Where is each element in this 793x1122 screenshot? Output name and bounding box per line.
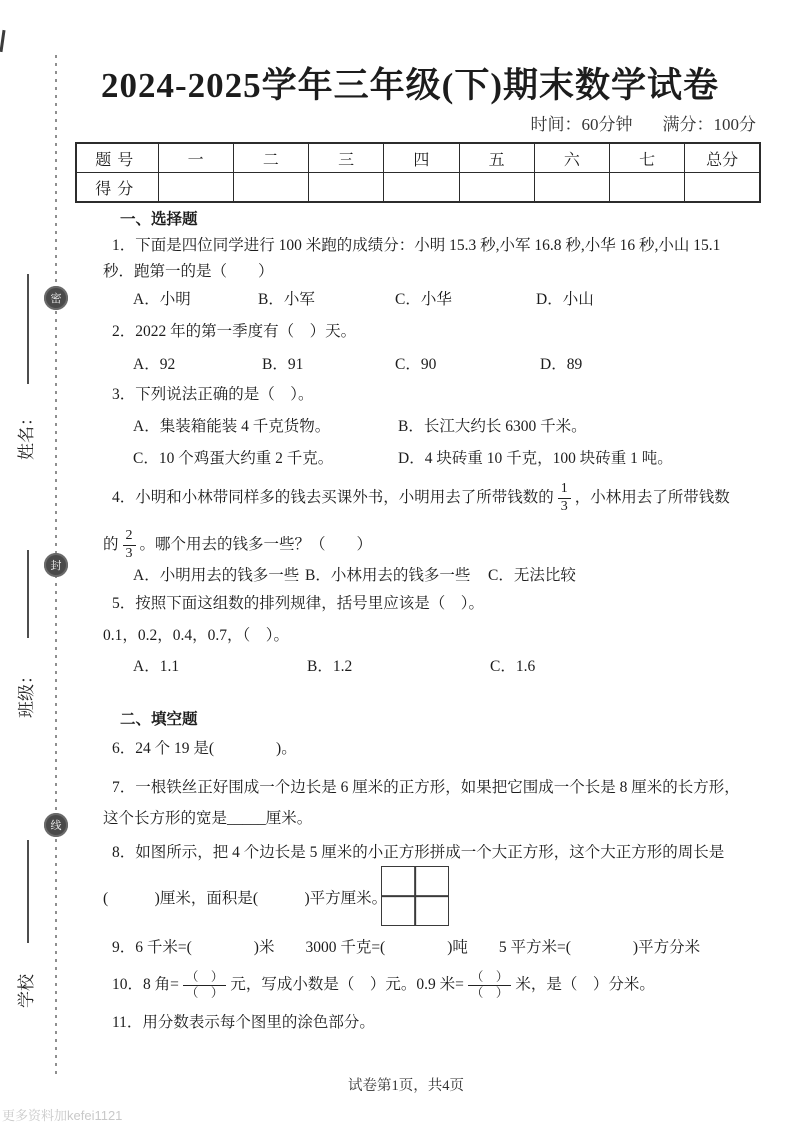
q8-square-grid-figure — [381, 866, 449, 926]
q5-text-line1: 5．按照下面这组数的排列规律，括号里应该是（ ）。 — [112, 594, 484, 614]
q9-text: 9．6 千米=( )米 3000 千克=( )吨 5 平方米=( )平方分米 — [112, 938, 700, 958]
score-cell — [309, 173, 384, 203]
q7-text-line2: 这个长方形的宽是_____厘米。 — [103, 809, 312, 829]
score-cell — [459, 173, 534, 203]
q5-text-line2: 0.1，0.2，0.4，0.7，（ ）。 — [103, 626, 289, 646]
q5-option-b: B．1.2 — [307, 657, 352, 677]
school-label: 学校 — [12, 974, 37, 1008]
seal-stamp-feng: 封 — [44, 553, 68, 577]
q4-text-line2: 的23。哪个用去的钱多一些？（ ） — [103, 520, 372, 570]
q3-option-c: C．10 个鸡蛋大约重 2 千克。 — [133, 449, 333, 469]
q3-option-b: B．长江大约长 6300 千米。 — [398, 417, 587, 437]
score-table-col: 六 — [534, 143, 609, 173]
q1-option-d: D．小山 — [536, 290, 594, 310]
q1-option-a: A．小明 — [133, 290, 191, 310]
q8-text-line1: 8．如图所示，把 4 个边长是 5 厘米的小正方形拼成一个大正方形，这个大正方形… — [112, 843, 724, 863]
page-title: 2024-2025学年三年级(下)期末数学试卷 — [60, 58, 760, 108]
score-table-header-row: 题号 一 二 三 四 五 六 七 总分 — [76, 143, 760, 173]
q5-option-a: A．1.1 — [133, 657, 179, 677]
q4-line1-text: 4．小明和小林带同样多的钱去买课外书，小明用去了所带钱数的 — [112, 488, 554, 508]
score-table: 题号 一 二 三 四 五 六 七 总分 得分 — [75, 142, 761, 203]
q1-text-line1: 1．下面是四位同学进行 100 米跑的成绩分：小明 15.3 秒,小军 16.8… — [112, 236, 720, 256]
q2-option-c: C．90 — [395, 355, 436, 375]
watermark-text: 更多资料加kefei1121 — [2, 1105, 122, 1122]
exam-meta: 时间：60分钟满分：100分 — [60, 110, 756, 135]
q4-option-c: C．无法比较 — [488, 566, 576, 586]
q4-option-b: B．小林用去的钱多一些 — [305, 566, 470, 586]
q4-line2-tail: 。哪个用去的钱多一些？（ ） — [140, 535, 373, 555]
score-table-col: 总分 — [685, 143, 760, 173]
q5-option-c: C．1.6 — [490, 657, 535, 677]
seal-stamp-xian: 线 — [44, 813, 68, 837]
seal-stamp-mi: 密 — [44, 286, 68, 310]
q10-fraction-blank-2: （ ）（ ） — [468, 970, 512, 1001]
class-label: 班级： — [12, 667, 37, 718]
score-table-col: 四 — [384, 143, 459, 173]
q10-part1: 10．8 角= — [112, 975, 179, 995]
q8-text-line2: ( )厘米，面积是( )平方厘米。 — [103, 889, 387, 909]
q1-option-b: B．小军 — [258, 290, 315, 310]
q2-option-d: D．89 — [540, 355, 582, 375]
page-number-footer: 试卷第1页，共4页 — [56, 1074, 756, 1095]
q2-option-a: A．92 — [133, 355, 175, 375]
q2-text: 2．2022 年的第一季度有（ ）天。 — [112, 322, 356, 342]
q6-text: 6．24 个 19 是( )。 — [112, 739, 297, 759]
time-limit: 时间：60分钟 — [531, 115, 633, 134]
q11-text: 11．用分数表示每个图里的涂色部分。 — [112, 1013, 375, 1033]
q3-option-d: D．4 块砖重 10 千克，100 块砖重 1 吨。 — [398, 449, 673, 469]
q3-option-a: A．集装箱能装 4 千克货物。 — [133, 417, 330, 437]
scan-artifact — [0, 30, 6, 52]
score-table-col: 一 — [158, 143, 233, 173]
q10-part2: 元，写成小数是（ ）元。0.9 米= — [230, 975, 464, 995]
q1-option-c: C．小华 — [395, 290, 452, 310]
section-two-heading: 二、填空题 — [120, 710, 198, 730]
score-table-score-row: 得分 — [76, 173, 760, 203]
score-cell — [233, 173, 308, 203]
class-write-line — [27, 550, 29, 638]
score-cell — [534, 173, 609, 203]
score-cell — [610, 173, 685, 203]
school-write-line — [27, 840, 29, 943]
score-table-col: 三 — [309, 143, 384, 173]
name-write-line — [27, 274, 29, 384]
q4-option-a: A．小明用去的钱多一些 — [133, 566, 299, 586]
q4-line1-tail: ，小林用去了所带钱数 — [575, 488, 730, 508]
score-row-label: 得分 — [76, 173, 158, 203]
q4-line2-pre: 的 — [103, 535, 119, 555]
section-one-heading: 一、选择题 — [120, 210, 198, 230]
q1-text-line2: 秒．跑第一的是（ ） — [103, 262, 274, 282]
q3-text: 3．下列说法正确的是（ ）。 — [112, 385, 314, 405]
score-cell — [384, 173, 459, 203]
score-table-corner: 题号 — [76, 143, 158, 173]
name-label: 姓名： — [12, 409, 37, 460]
q4-fraction-two-thirds: 23 — [123, 528, 136, 563]
q4-fraction-one-third: 13 — [558, 481, 571, 516]
grid-horizontal-divider — [382, 895, 448, 897]
score-cell — [685, 173, 760, 203]
q4-text-line1: 4．小明和小林带同样多的钱去买课外书，小明用去了所带钱数的13，小林用去了所带钱… — [112, 474, 730, 522]
q2-option-b: B．91 — [262, 355, 303, 375]
score-table-col: 七 — [610, 143, 685, 173]
score-cell — [158, 173, 233, 203]
exam-paper-page: 密 封 线 姓名： 班级： 学校 2024-2025学年三年级(下)期末数学试卷… — [0, 0, 793, 1122]
full-score: 满分：100分 — [663, 115, 757, 134]
q10-text: 10．8 角=（ ）（ ）元，写成小数是（ ）元。0.9 米=（ ）（ ）米，是… — [112, 962, 655, 1008]
score-table-col: 二 — [233, 143, 308, 173]
score-table-col: 五 — [459, 143, 534, 173]
q10-part3: 米，是（ ）分米。 — [515, 975, 655, 995]
q10-fraction-blank-1: （ ）（ ） — [183, 970, 227, 1001]
q7-text-line1: 7．一根铁丝正好围成一个边长是 6 厘米的正方形，如果把它围成一个长是 8 厘米… — [112, 778, 740, 798]
